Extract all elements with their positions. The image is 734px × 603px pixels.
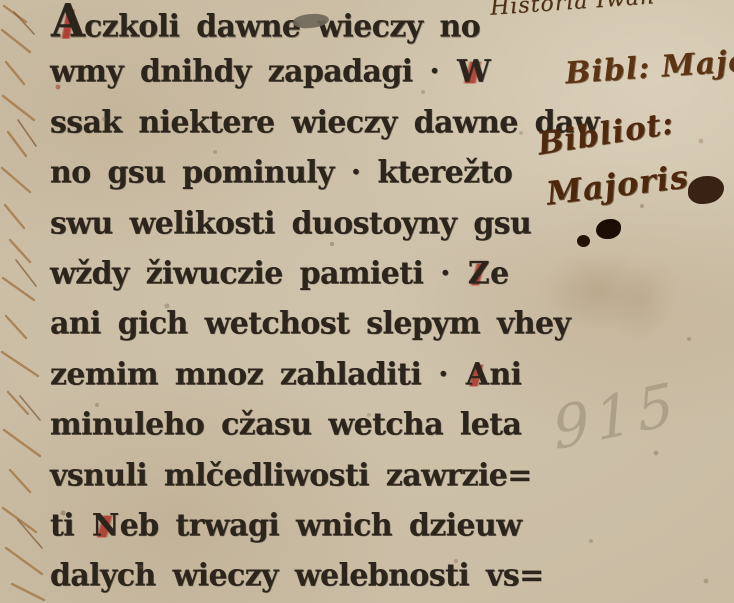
ink-blot-large <box>596 219 621 239</box>
rubricated-letter: N <box>91 507 120 543</box>
print-text: czkoli dawne wieczy no <box>84 8 480 44</box>
ink-blot-small <box>577 235 590 247</box>
print-line: dalych wieczy welebnosti vs= <box>50 550 610 602</box>
print-text: eb trwagi wnich dzieuw <box>120 507 522 543</box>
print-text: ti <box>50 507 91 543</box>
print-text: minuleho cžasu wetcha leta <box>50 406 521 442</box>
print-text: ani gich wetchost slepym vhey <box>50 306 570 342</box>
rubricated-letter: A <box>50 0 84 48</box>
paper-speckles <box>0 0 2 2</box>
print-text: e <box>490 255 509 291</box>
binding-edge-hatching <box>0 0 48 603</box>
print-line: ti Neb trwagi wnich dzieuw <box>50 500 610 552</box>
print-text: swu welikosti duostoyny gsu <box>50 205 531 241</box>
print-text: ssak niektere wieczy dawne daw <box>50 104 599 140</box>
print-line: wždy žiwuczie pamieti · Ze <box>50 248 610 300</box>
print-line: minuleho cžasu wetcha leta <box>50 399 610 451</box>
print-line: ssak niektere wieczy dawne daw <box>50 97 610 149</box>
print-text: vsnuli mlčedliwosti zawrzie= <box>50 457 532 493</box>
binding-thread-marks <box>0 0 48 603</box>
manuscript-page: Aczkoli dawne wieczy nowmy dnihdy zapada… <box>0 0 734 603</box>
print-line: wmy dnihdy zapadagi · W <box>50 46 610 98</box>
print-line: vsnuli mlčedliwosti zawrzie= <box>50 450 610 502</box>
print-line: swu welikosti duostoyny gsu <box>50 198 610 250</box>
print-line: zemim mnoz zahladiti · Ani <box>50 349 610 401</box>
rubricated-letter: A <box>465 356 490 392</box>
print-line: no gsu pominuly · kterežto <box>50 147 610 199</box>
printed-text-block: Aczkoli dawne wieczy nowmy dnihdy zapada… <box>50 0 610 602</box>
print-text: wždy žiwuczie pamieti · <box>50 255 467 291</box>
rubricated-letter: Z <box>467 255 490 291</box>
rubricated-letter: W <box>456 54 491 90</box>
print-text: wmy dnihdy zapadagi · <box>50 54 456 90</box>
ink-blot-majoris-end <box>688 176 724 204</box>
print-line: ani gich wetchost slepym vhey <box>50 298 610 350</box>
print-text: ni <box>489 356 521 392</box>
print-text: no gsu pominuly · kterežto <box>50 154 512 190</box>
print-text: dalych wieczy welebnosti vs= <box>50 558 544 594</box>
print-text: zemim mnoz zahladiti · <box>50 356 465 392</box>
